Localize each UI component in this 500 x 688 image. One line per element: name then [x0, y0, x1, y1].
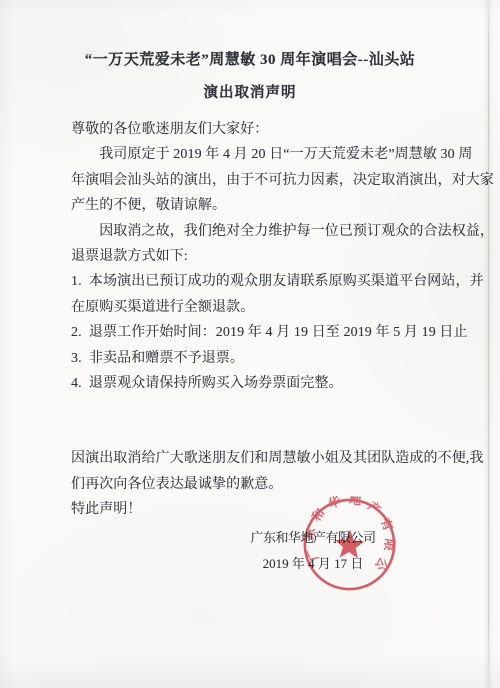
body-line: 1. 本场演出已预订成功的观众朋友请联系原购买渠道平台网站，并 — [71, 269, 452, 294]
company-seal-icon: 广东和华地产有限公司 — [299, 494, 401, 596]
seal-star-icon — [334, 529, 365, 559]
body-line: 产生的不便，敬请谅解。 — [71, 193, 452, 218]
body-line: 3. 非卖品和赠票不予退票。 — [71, 346, 452, 371]
body-line: 在原购买渠道进行全额退款。 — [71, 295, 452, 320]
document-subtitle: 演出取消声明 — [30, 83, 470, 103]
body-line: 尊敬的各位歌迷朋友们大家好： — [71, 117, 452, 142]
scan-edge-shadow — [488, 0, 489, 688]
body-line: 年演唱会汕头站的演出，由于不可抗力因素，决定取消演出，对大家 — [71, 168, 452, 193]
closing-line: 因演出取消给广大歌迷朋友们和周慧敏小姐及其团队造成的不便,我 — [71, 446, 452, 471]
document-page: “一万天荒爱未老”周慧敏 30 周年演唱会--汕头站 演出取消声明 尊敬的各位歌… — [0, 0, 500, 688]
closing-line: 们再次向各位表达最诚挚的歉意。 — [71, 472, 452, 497]
body-line: 我司原定于 2019 年 4 月 20 日“一万天荒爱未老”周慧敏 30 周 — [71, 142, 452, 167]
body-line: 2. 退票工作开始时间：2019 年 4 月 19 日至 2019 年 5 月 … — [71, 320, 452, 345]
body-line: 因取消之故，我们绝对全力维护每一位已预订观众的合法权益， — [71, 219, 452, 244]
body-line: 4. 退票观众请保持所购买入场券票面完整。 — [71, 371, 452, 396]
body-line: 退票退款方式如下: — [71, 244, 452, 269]
document-title: “一万天荒爱未老”周慧敏 30 周年演唱会--汕头站 — [30, 50, 470, 70]
document-body: 尊敬的各位歌迷朋友们大家好： 我司原定于 2019 年 4 月 20 日“一万天… — [71, 117, 452, 396]
